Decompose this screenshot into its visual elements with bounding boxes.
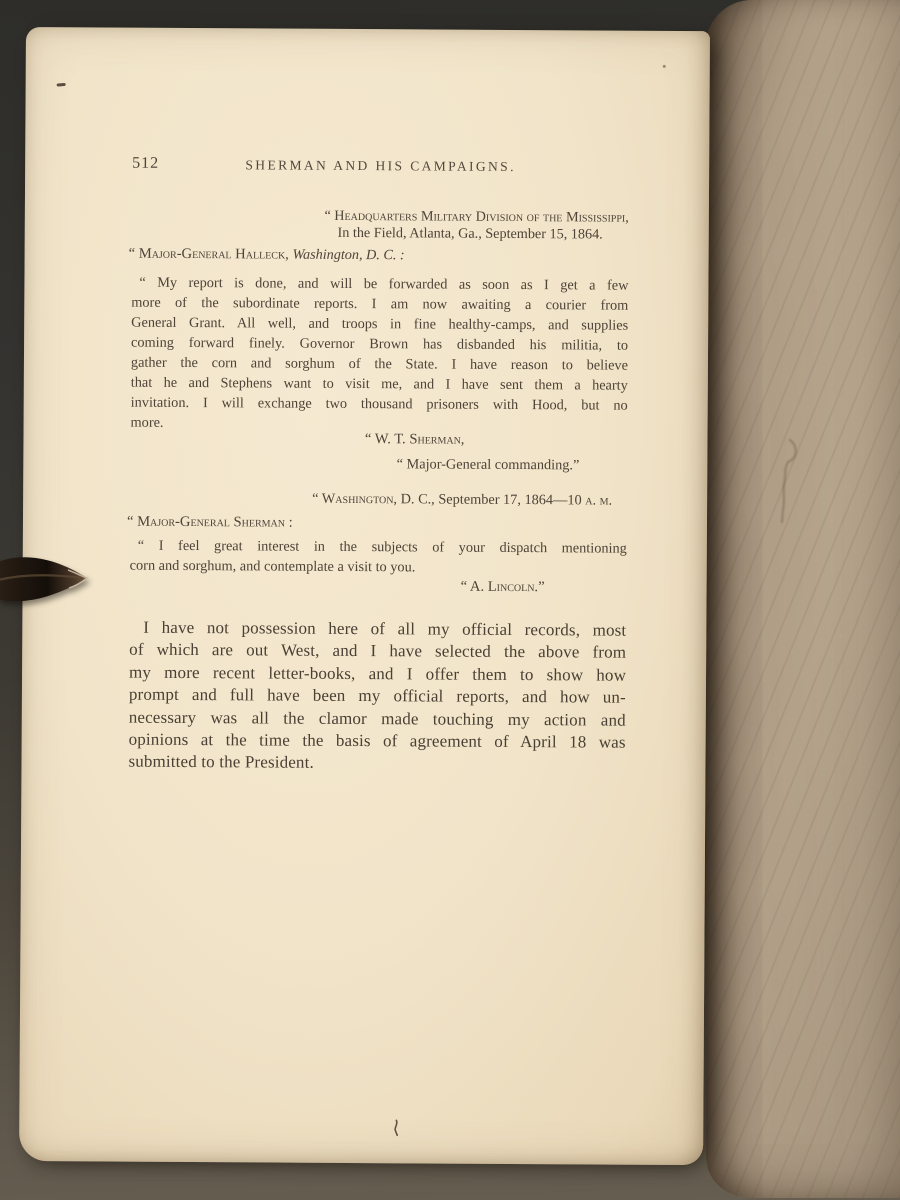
book-dart-clip <box>0 549 94 613</box>
letter2-salutation: “ Major-General Sherman : <box>127 514 624 534</box>
page-header: 512 SHERMAN AND HIS CAMPAIGNS. <box>132 155 629 178</box>
letter2-signature: “ A. Lincoln.” <box>130 577 627 597</box>
running-head: SHERMAN AND HIS CAMPAIGNS. <box>132 155 629 176</box>
letter-line: corn and sorghum, and contemplate a visi… <box>130 556 627 579</box>
letter1-body: “ My report is done, and will be forward… <box>131 273 629 436</box>
letter2-dateline: “ Washington, D. C., September 17, 1864—… <box>130 490 627 510</box>
book-photo: 512 SHERMAN AND HIS CAMPAIGNS. “ Headqua… <box>0 0 900 1200</box>
paragraph-line: of which are out West, and I have select… <box>129 639 626 664</box>
letter1-signature-title: “ Major-General commanding.” <box>130 455 627 475</box>
ink-squiggle-mark <box>390 1119 402 1137</box>
closing-paragraph: I have not possession here of all my off… <box>128 617 626 777</box>
letter1-salutation-name: “ Major-General Halleck, <box>129 246 293 263</box>
letter2-dateline-middle: D. C., September 17, 1864—10 <box>397 491 585 508</box>
letter1-salutation: “ Major-General Halleck, Washington, D. … <box>129 246 626 266</box>
ink-smudge-mark <box>776 436 802 528</box>
letter-line: invitation. I will exchange two thousand… <box>131 393 628 416</box>
paragraph-line: I have not possession here of all my off… <box>129 617 626 642</box>
letter2-dateline-place: “ Washington, <box>312 491 397 508</box>
page-number: 512 <box>132 155 159 173</box>
book-page: 512 SHERMAN AND HIS CAMPAIGNS. “ Headqua… <box>19 27 710 1165</box>
letter1-heading-line2: In the Field, Atlanta, Ga., September 15… <box>132 224 629 244</box>
paragraph-line: submitted to the President. <box>128 751 625 776</box>
letter1-signature-name: “ W. T. Sherman, <box>130 430 627 450</box>
paragraph-line: opinions at the time the basis of agreem… <box>129 729 626 754</box>
paragraph-line: my more recent letter-books, and I offer… <box>129 661 626 686</box>
letter1-salutation-place: Washington, D. C. : <box>292 247 404 264</box>
paragraph-line: prompt and full have been my official re… <box>129 684 626 709</box>
paragraph-line: necessary was all the clamor made touchi… <box>129 706 626 731</box>
text-block: 512 SHERMAN AND HIS CAMPAIGNS. “ Headqua… <box>133 28 630 31</box>
letter2-body: “ I feel great interest in the subjects … <box>130 536 627 579</box>
facing-page-edge <box>706 0 900 1198</box>
letter2-dateline-meridiem: a. m. <box>585 492 612 508</box>
pencil-dash-mark <box>57 83 66 86</box>
paper-speck <box>663 65 666 68</box>
